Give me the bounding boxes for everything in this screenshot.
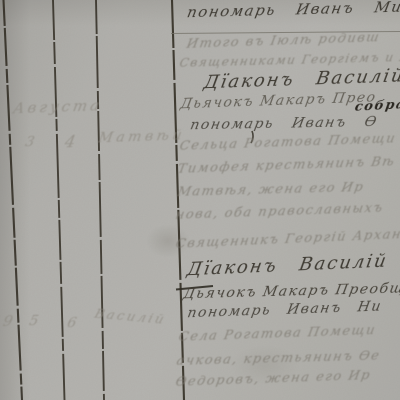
row2-baptized-day-cell: 6 [66, 315, 80, 331]
script-line-ponomar-signature: пономарь Иванъ Ми [186, 0, 400, 21]
register-scan-page: Августа 3 4 Матвѣй 19 5 6 Василій понома… [0, 0, 400, 400]
row2-number-cell: 19 [0, 312, 16, 330]
script-line-total-july: Итого въ Іюлѣ родивш [185, 30, 381, 52]
script-line-ponomar-signature: пономарь Иванъ Ѳ [189, 114, 379, 133]
script-line-peasant: Тимофея крестьянинъ Вѣ [176, 154, 396, 177]
ink-blot-fragment: собра [354, 97, 400, 115]
month-label: Августа [12, 96, 104, 117]
row1-born-day-cell: 3 [24, 134, 38, 150]
row2-child-name: Василій [93, 307, 168, 328]
row2-born-day-cell: 5 [28, 313, 42, 329]
row1-child-name: Матвѣй [97, 127, 186, 146]
row1-baptized-day-cell: 4 [63, 132, 78, 151]
script-line-orthodox: нова, оба православныхъ [174, 201, 385, 223]
script-line-village: Села Рогатова Помещи [177, 323, 377, 345]
script-line-wife: Матвѣя, жена его Ир [176, 180, 365, 200]
script-line-ponomar-signature: пономарь Иванъ Ни [186, 298, 383, 321]
script-line-peasant: ачкова, крестьянинъ Ѳе [175, 349, 381, 369]
column-line-2 [53, 0, 65, 400]
script-line-priest-signature: Священникъ Георгій Арханге [174, 226, 400, 252]
script-line-wife: Ѳедоровъ, жена его Ир [174, 368, 372, 390]
column-line-1 [4, 0, 23, 400]
script-line-village: Сельца Рогатова Помещи [178, 131, 397, 154]
column-line-3 [96, 0, 104, 400]
paper-edge-shading [0, 0, 30, 400]
script-line-deacon-signature: Дїаконъ Василій об [185, 248, 400, 280]
